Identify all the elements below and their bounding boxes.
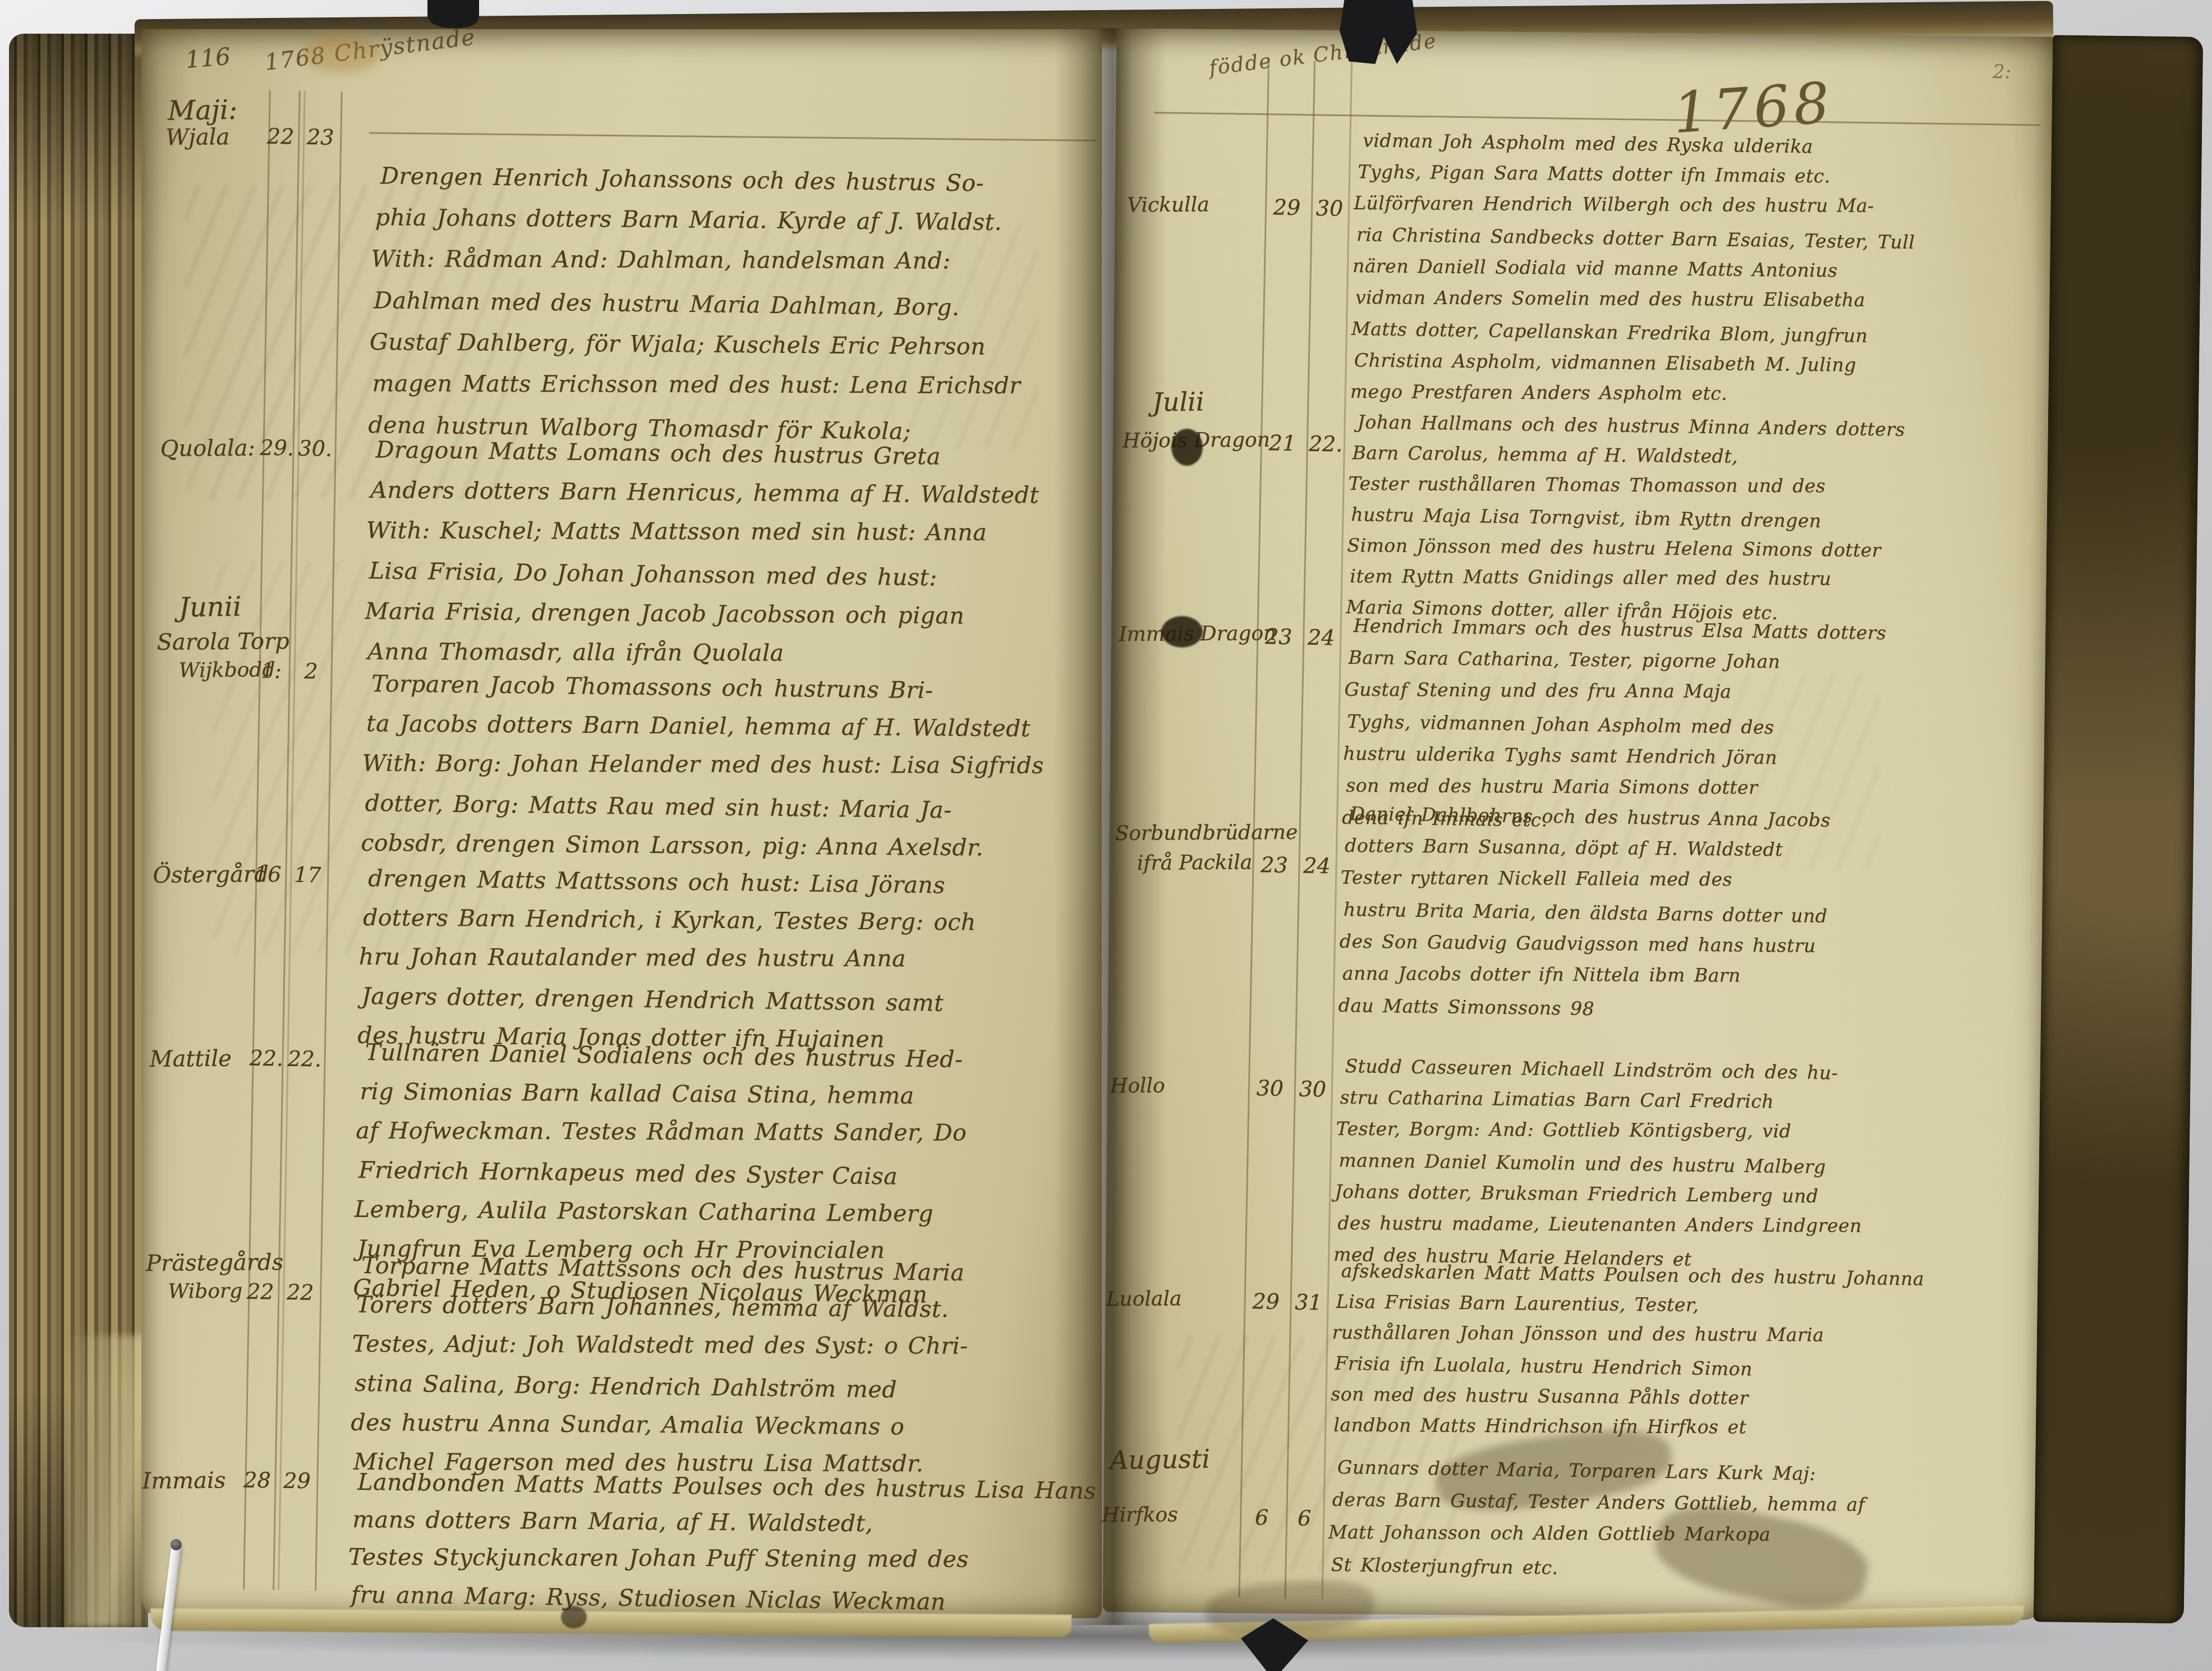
date-cell: 28 [242, 1467, 273, 1493]
date-cell: 22 [265, 124, 296, 149]
ink-showthrough [1178, 1335, 1459, 1571]
photo-scene: 116 1768 Chrÿstnade Maji:Wjala2223Drenge… [0, 0, 2212, 1671]
date-cell: 22. [249, 1045, 280, 1071]
record-line: Barn Carolus, hemma af H. Waldstedt, [1352, 442, 1738, 467]
ink-blot [561, 1606, 587, 1628]
page-number-right: 2: [1992, 61, 2011, 84]
record-line: Testes, Adjut: Joh Waldstedt med des Sys… [352, 1330, 968, 1360]
record-line: Landbonden Matts Matts Poulses och des h… [357, 1468, 1096, 1504]
record-line: Testes Styckjunckaren Johan Puff Stening… [348, 1544, 969, 1573]
date-cell: 21 [1262, 430, 1304, 456]
record-line: Tester rusthållaren Thomas Thomasson und… [1348, 472, 1825, 497]
record-line: des Son Gaudvig Gaudvigsson med hans hus… [1340, 930, 1816, 957]
date-cell: 30 [1249, 1076, 1291, 1101]
date-cell: 23 [303, 125, 338, 150]
record-line: des hustru madame, Lieutenanten Anders L… [1337, 1212, 1862, 1237]
record-line: des hustru Anna Sundar, Amalia Weckmans … [351, 1409, 904, 1440]
record-line: Studd Casseuren Michaell Lindström och d… [1345, 1055, 1838, 1084]
ink-blot [1161, 616, 1203, 648]
date-cell: 22. [287, 1046, 321, 1072]
record-line: mans dotters Barn Maria, af H. Waldstedt… [352, 1506, 873, 1537]
date-cell: 24 [1300, 853, 1333, 879]
record-line: Johans dotter, Bruksman Friedrich Lember… [1335, 1181, 1818, 1207]
record-line: Simon Jönsson med des hustru Helena Simo… [1347, 534, 1881, 561]
header-rule-left [369, 132, 1096, 141]
record-line: item Ryttn Matts Gnidings aller med des … [1350, 565, 1831, 589]
record-line: Christina Aspholm, vidmannen Elisabeth M… [1354, 349, 1856, 376]
record-line: nären Daniell Sodiala vid manne Matts An… [1353, 255, 1838, 281]
date-cell: 23 [1258, 624, 1300, 649]
record-line: ria Christina Sandbecks dotter Barn Esai… [1356, 223, 1915, 253]
ink-blot [1171, 429, 1203, 466]
date-cell: 30 [1296, 1076, 1329, 1101]
record-line: Tyghs, Pigan Sara Matts dotter ifn Immai… [1358, 160, 1831, 187]
record-line: Jagers dotter, drengen Hendrich Mattsson… [361, 983, 944, 1017]
date-cell: 30 [1313, 196, 1346, 221]
record-line: hustru Brita Maria, den äldsta Barns dot… [1344, 898, 1828, 927]
record-line: Törers dotters Barn Johannes, hemma af W… [356, 1291, 949, 1323]
record-line: afskedskarlen Matt Matts Poulsen och des… [1341, 1260, 1924, 1290]
record-line: mannen Daniel Kumolin und des hustru Mal… [1339, 1149, 1826, 1178]
record-line: mego Prestfaren Anders Aspholm etc. [1350, 380, 1728, 405]
book-cover-right [2034, 35, 2204, 1623]
place-label: Prästegårds [146, 1249, 342, 1277]
date-cell: 22 [245, 1279, 276, 1304]
date-cell: 29 [1245, 1289, 1287, 1314]
record-line: stina Salina, Borg: Hendrich Dahlström m… [355, 1370, 897, 1403]
record-line: Hendrich Immars och des hustrus Elsa Mat… [1353, 614, 1886, 644]
month-heading: Maji: [168, 94, 238, 127]
binding-clip-top-left [427, 0, 479, 28]
record-line: Lisa Frisias Barn Laurentius, Tester, [1336, 1291, 1699, 1316]
ink-showthrough [213, 561, 505, 954]
record-line: rig Simonias Barn kallad Caisa Stina, he… [360, 1078, 914, 1109]
record-line: anna Jacobs dotter ifn Nittela ibm Barn [1342, 962, 1741, 986]
ink-showthrough [589, 224, 1038, 449]
ink-showthrough [185, 185, 522, 499]
record-line: Tester ryttaren Nickell Falleia med des [1341, 866, 1732, 890]
record-line: Tester, Borgm: And: Gottlieb Köntigsberg… [1336, 1118, 1791, 1142]
record-line: vidman Anders Somelin med des hustru Eli… [1355, 286, 1865, 311]
record-line: Friedrich Hornkapeus med des Syster Cais… [358, 1156, 898, 1190]
page-number-left: 116 [185, 43, 232, 74]
date-cell: 22 [283, 1280, 318, 1305]
book-gutter-shadow [1055, 28, 1167, 1625]
record-line: dau Matts Simonssons 98 [1338, 994, 1594, 1020]
record-line: hustru Maja Lisa Torngvist, ibm Ryttn dr… [1351, 503, 1822, 532]
record-line: Matts dotter, Capellanskan Fredrika Blom… [1351, 318, 1868, 347]
date-cell: 31 [1292, 1289, 1325, 1315]
date-cell: 29 [280, 1468, 314, 1494]
record-line: Barn Sara Catharina, Tester, pigorne Joh… [1348, 646, 1780, 672]
record-line: With: Kuschel; Matts Mattsson med sin hu… [366, 517, 987, 546]
paper-stain [303, 34, 381, 73]
ink-showthrough [1374, 673, 1879, 870]
date-cell: 22. [1309, 431, 1342, 457]
header-rule-right [1154, 112, 2040, 126]
record-line: stru Catharina Limatias Barn Carl Fredri… [1340, 1086, 1774, 1112]
date-cell: 23 [1253, 852, 1295, 878]
record-line: Lülförfvaren Hendrich Wilbergh och des h… [1354, 192, 1874, 217]
record-line: Johan Hallmans och des hustrus Minna And… [1357, 411, 1905, 440]
record-line: af Hofweckman. Testes Rådman Matts Sande… [356, 1117, 967, 1146]
date-cell: 24 [1305, 625, 1338, 650]
record-line: Lemberg, Aulila Pastorskan Catharina Lem… [355, 1196, 933, 1227]
date-cell: 29 [1266, 195, 1308, 220]
